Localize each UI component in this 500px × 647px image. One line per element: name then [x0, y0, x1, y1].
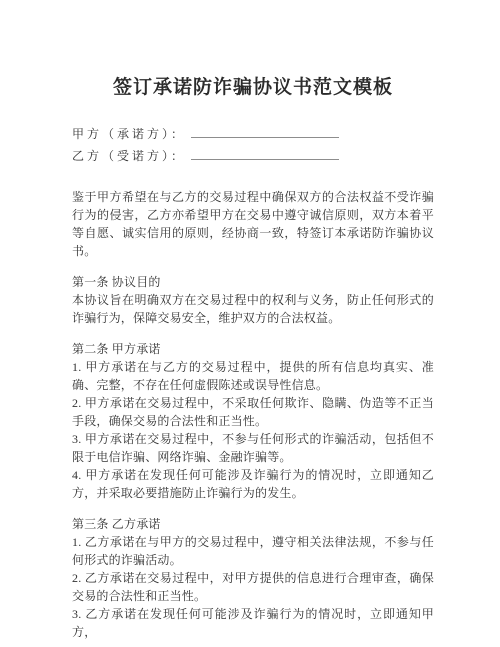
section-1-paragraph: 本协议旨在明确双方在交易过程中的权利与义务，防止任何形式的诈骗行为，保障交易安全… — [72, 291, 434, 327]
section-party-b-commitments: 第三条 乙方承诺 1. 乙方承诺在与甲方的交易过程中，遵守相关法律法规，不参与任… — [72, 515, 434, 641]
section-3-item-2: 2. 乙方承诺在交易过程中，对甲方提供的信息进行合理审查，确保交易的合法性和正当… — [72, 569, 434, 605]
party-a-line: 甲方（承诺方）： — [72, 123, 434, 145]
document-page: 签订承诺防诈骗协议书范文模板 甲方（承诺方）： 乙方（受诺方）： 鉴于甲方希望在… — [0, 0, 500, 647]
party-b-blank-line — [191, 147, 339, 160]
section-3-item-1: 1. 乙方承诺在与甲方的交易过程中，遵守相关法律法规，不参与任何形式的诈骗活动。 — [72, 533, 434, 569]
section-2-item-4: 4. 甲方承诺在发现任何可能涉及诈骗行为的情况时，立即通知乙方，并采取必要措施防… — [72, 466, 434, 502]
section-agreement-purpose: 第一条 协议目的 本协议旨在明确双方在交易过程中的权利与义务，防止任何形式的诈骗… — [72, 273, 434, 327]
party-b-line: 乙方（受诺方）： — [72, 145, 434, 167]
section-party-a-commitments: 第二条 甲方承诺 1. 甲方承诺在与乙方的交易过程中，提供的所有信息均真实、准确… — [72, 340, 434, 502]
party-a-label: 甲方（承诺方）： — [72, 123, 186, 145]
section-3-item-3: 3. 乙方承诺在发现任何可能涉及诈骗行为的情况时，立即通知甲方， — [72, 605, 434, 641]
party-a-blank-line — [191, 125, 339, 138]
section-2-heading: 第二条 甲方承诺 — [72, 340, 434, 358]
section-1-heading: 第一条 协议目的 — [72, 273, 434, 291]
party-b-label: 乙方（受诺方）： — [72, 145, 186, 167]
section-3-heading: 第三条 乙方承诺 — [72, 515, 434, 533]
section-2-item-1: 1. 甲方承诺在与乙方的交易过程中，提供的所有信息均真实、准确、完整，不存在任何… — [72, 358, 434, 394]
document-title: 签订承诺防诈骗协议书范文模板 — [72, 76, 434, 100]
section-2-item-3: 3. 甲方承诺在交易过程中，不参与任何形式的诈骗活动，包括但不限于电信诈骗、网络… — [72, 430, 434, 466]
parties-block: 甲方（承诺方）： 乙方（受诺方）： — [72, 123, 434, 167]
section-2-item-2: 2. 甲方承诺在交易过程中，不采取任何欺诈、隐瞒、伪造等不正当手段，确保交易的合… — [72, 394, 434, 430]
preamble-paragraph: 鉴于甲方希望在与乙方的交易过程中确保双方的合法权益不受诈骗行为的侵害，乙方亦希望… — [72, 188, 434, 260]
